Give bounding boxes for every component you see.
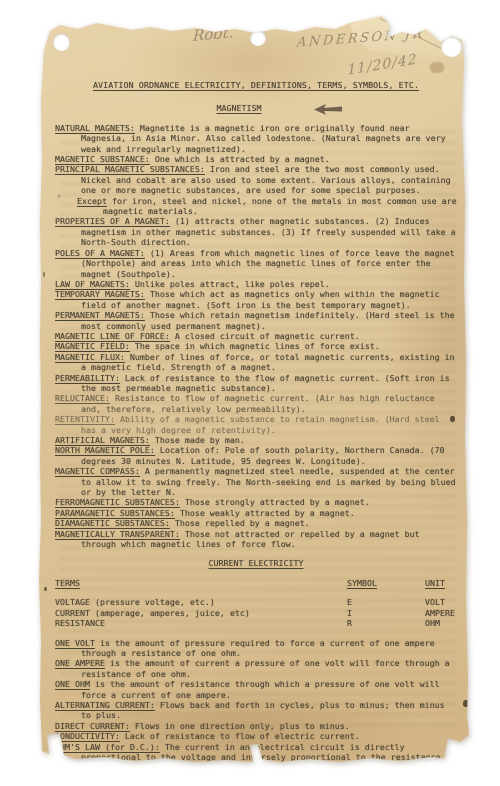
ink-speck [463,700,469,707]
statement-entry: OHM'S LAW FORMULAS: (1) E equals IR. (2)… [55,762,457,772]
definition-entry-term: TEMPORARY MAGNETS: [55,289,145,299]
table-cell-symbol: E [347,597,425,607]
handwritten-date: 11/20/42 [347,51,417,78]
definition-entry: MAGNETIC FIELD: The space in which magne… [55,341,457,351]
definition-entry: LAW OF MAGNETS: Unlike poles attract, li… [55,279,457,289]
pencil-mark [43,272,45,277]
section-heading-magnetism: MAGNETISM [55,103,423,113]
statement-entry-term: ONE AMPERE [55,658,105,668]
definition-entry: TEMPORARY MAGNETS: Those which act as ma… [55,289,457,310]
statement-entry: DIRECT CURRENT: Flows in one direction o… [55,721,457,731]
definition-entry-term: MAGNETICALLY TRANSPARENT: [55,529,180,539]
definition-entry-term: Except [77,196,107,206]
definition-entry-term: MAGNETIC SUBSTANCE: [55,154,150,164]
statement-entry: OHM'S LAW (for D.C.): The current in an … [55,742,457,763]
definition-entry: POLES OF A MAGNET: (1) Areas from which … [55,248,457,279]
table-cell-symbol: I [347,608,425,618]
definition-entry: RETENTIVITY: Ability of a magnetic subst… [55,414,457,435]
statement-entry: ONE AMPERE is the amount of current a pr… [55,658,457,679]
table-row: RESISTANCEROHM [55,618,457,628]
punch-hole [441,36,462,57]
definition-entry: MAGNETICALLY TRANSPARENT: Those not attr… [55,529,457,550]
definition-entry-term: FERROMAGNETIC SUBSTANCES: [55,497,180,507]
definition-entry: NORTH MAGNETIC POLE: Location of: Pole o… [55,445,457,466]
handwritten-first-name: Robt. [193,23,235,45]
typed-content: AVIATION ORDNANCE ELECTRICITY, DEFINITIO… [55,80,457,773]
table-cell-unit: VOLT [425,597,457,607]
statement-entry-term: CONDUCTIVITY: [55,731,120,741]
paper-sheet: Robt. Anderson Jr 11/20/42 AVIATION ORDN… [0,0,500,786]
definition-entry: MAGNETIC FLUX: Number of lines of force,… [55,352,457,373]
definitions-list: NATURAL MAGNETS: Magnetite is a magnetic… [55,123,457,550]
table-header-symbol: SYMBOL [347,578,425,588]
definition-entry-term: LAW OF MAGNETS: [55,279,130,289]
definition-entry-term: ARTIFICIAL MAGNETS: [55,435,150,445]
definition-entry-term: PROPERTIES OF A MAGNET: [55,216,170,226]
definition-entry: NATURAL MAGNETS: Magnetite is a magnetic… [55,123,457,154]
section-heading-label: MAGNETISM [217,103,262,113]
statement-entry: ONE VOLT is the amount of pressure requi… [55,638,457,659]
definition-entry-term: MAGNETIC FLUX: [55,352,125,362]
table-cell-term: RESISTANCE [55,618,347,628]
statement-entry: CONDUCTIVITY: Lack of resistance to flow… [55,731,457,741]
table-cell-term: VOLTAGE (pressure voltage, etc.) [55,597,347,607]
definition-entry-term: POLES OF A MAGNET: [55,248,145,258]
definition-entry: Except for iron, steel and nickel, none … [77,196,457,217]
definition-entry: MAGNETIC LINE OF FORCE: A closed circuit… [55,331,457,341]
definition-entry: MAGNETIC SUBSTANCE: One which is attract… [55,154,457,164]
statement-entry-term: ONE VOLT [55,638,95,648]
definition-entry: PRINCIPAL MAGNETIC SUBSTANCES: Iron and … [55,164,457,195]
table-cell-unit: AMPERE [425,608,457,618]
statement-entry-term: ALTERNATING CURRENT: [55,700,155,710]
definition-entry: PERMANENT MAGNETS: Those which retain ma… [55,310,457,331]
table-cell-unit: OHM [425,618,457,628]
definition-entry-term: DIAMAGNETIC SUBSTANCES: [55,518,170,528]
definition-entry-term: PERMANENT MAGNETS: [55,310,145,320]
table-row: CURRENT (amperage, amperes, juice, etc)I… [55,608,457,618]
statement-entry: ONE OHM is the amount of resistance thro… [55,679,457,700]
pencil-mark [44,587,47,591]
stain-smudge [430,62,444,73]
section-heading-current-electricity: CURRENT ELECTRICITY [55,558,457,568]
statement-entry-term: OHM'S LAW FORMULAS: [55,762,150,772]
definition-entry: PARAMAGNETIC SUBSTANCES: Those weakly at… [55,508,457,518]
statement-entry-term: ONE OHM [55,679,90,689]
punch-hole [250,30,266,46]
table-cell-symbol: R [347,618,425,628]
definition-entry: PERMEABILITY: Lack of resistance to the … [55,373,457,394]
current-table-rows: VOLTAGE (pressure voltage, etc.)EVOLTCUR… [55,597,457,628]
stain-smudge [466,96,473,105]
definition-entry-term: PARAMAGNETIC SUBSTANCES: [55,508,175,518]
current-table: TERMS SYMBOL UNIT VOLTAGE (pressure volt… [55,578,457,629]
table-header-terms: TERMS [55,578,347,588]
definition-entry: PROPERTIES OF A MAGNET: (1) attracts oth… [55,216,457,247]
definition-entry: MAGNETIC COMPASS: A permanently magnetiz… [55,466,457,497]
definition-entry-term: MAGNETIC FIELD: [55,341,130,351]
table-header-unit: UNIT [425,578,457,588]
statement-entry-term: DIRECT CURRENT: [55,721,130,731]
definition-entry-term: MAGNETIC COMPASS: [55,466,140,476]
definition-entry-term: PERMEABILITY: [55,373,120,383]
statement-entry-term: OHM'S LAW (for D.C.): [55,742,160,752]
table-cell-term: CURRENT (amperage, amperes, juice, etc) [55,608,347,618]
table-header-row: TERMS SYMBOL UNIT [55,578,457,588]
definition-entry-term: NATURAL MAGNETS: [55,123,135,133]
table-row: VOLTAGE (pressure voltage, etc.)EVOLT [55,597,457,607]
definition-entry-term: RETENTIVITY: [55,414,115,424]
document-page: Robt. Anderson Jr 11/20/42 AVIATION ORDN… [0,0,500,786]
definition-entry: DIAMAGNETIC SUBSTANCES: Those repelled b… [55,518,457,528]
statements-list: ONE VOLT is the amount of pressure requi… [55,638,457,773]
definition-entry-term: PRINCIPAL MAGNETIC SUBSTANCES: [55,164,205,174]
left-arrow-icon [313,103,343,116]
definition-entry: RELUCTANCE: Resistance to flow of magnet… [55,393,457,414]
definition-entry: FERROMAGNETIC SUBSTANCES: Those strongly… [55,497,457,507]
definition-entry-term: RELUCTANCE: [55,393,110,403]
definition-entry-term: NORTH MAGNETIC POLE: [55,445,155,455]
punch-hole [53,33,70,51]
page-title: AVIATION ORDNANCE ELECTRICITY, DEFINITIO… [55,80,457,90]
definition-entry-term: MAGNETIC LINE OF FORCE: [55,331,170,341]
statement-entry: ALTERNATING CURRENT: Flows back and fort… [55,700,457,721]
definition-entry: ARTIFICIAL MAGNETS: Those made by man. [55,435,457,445]
